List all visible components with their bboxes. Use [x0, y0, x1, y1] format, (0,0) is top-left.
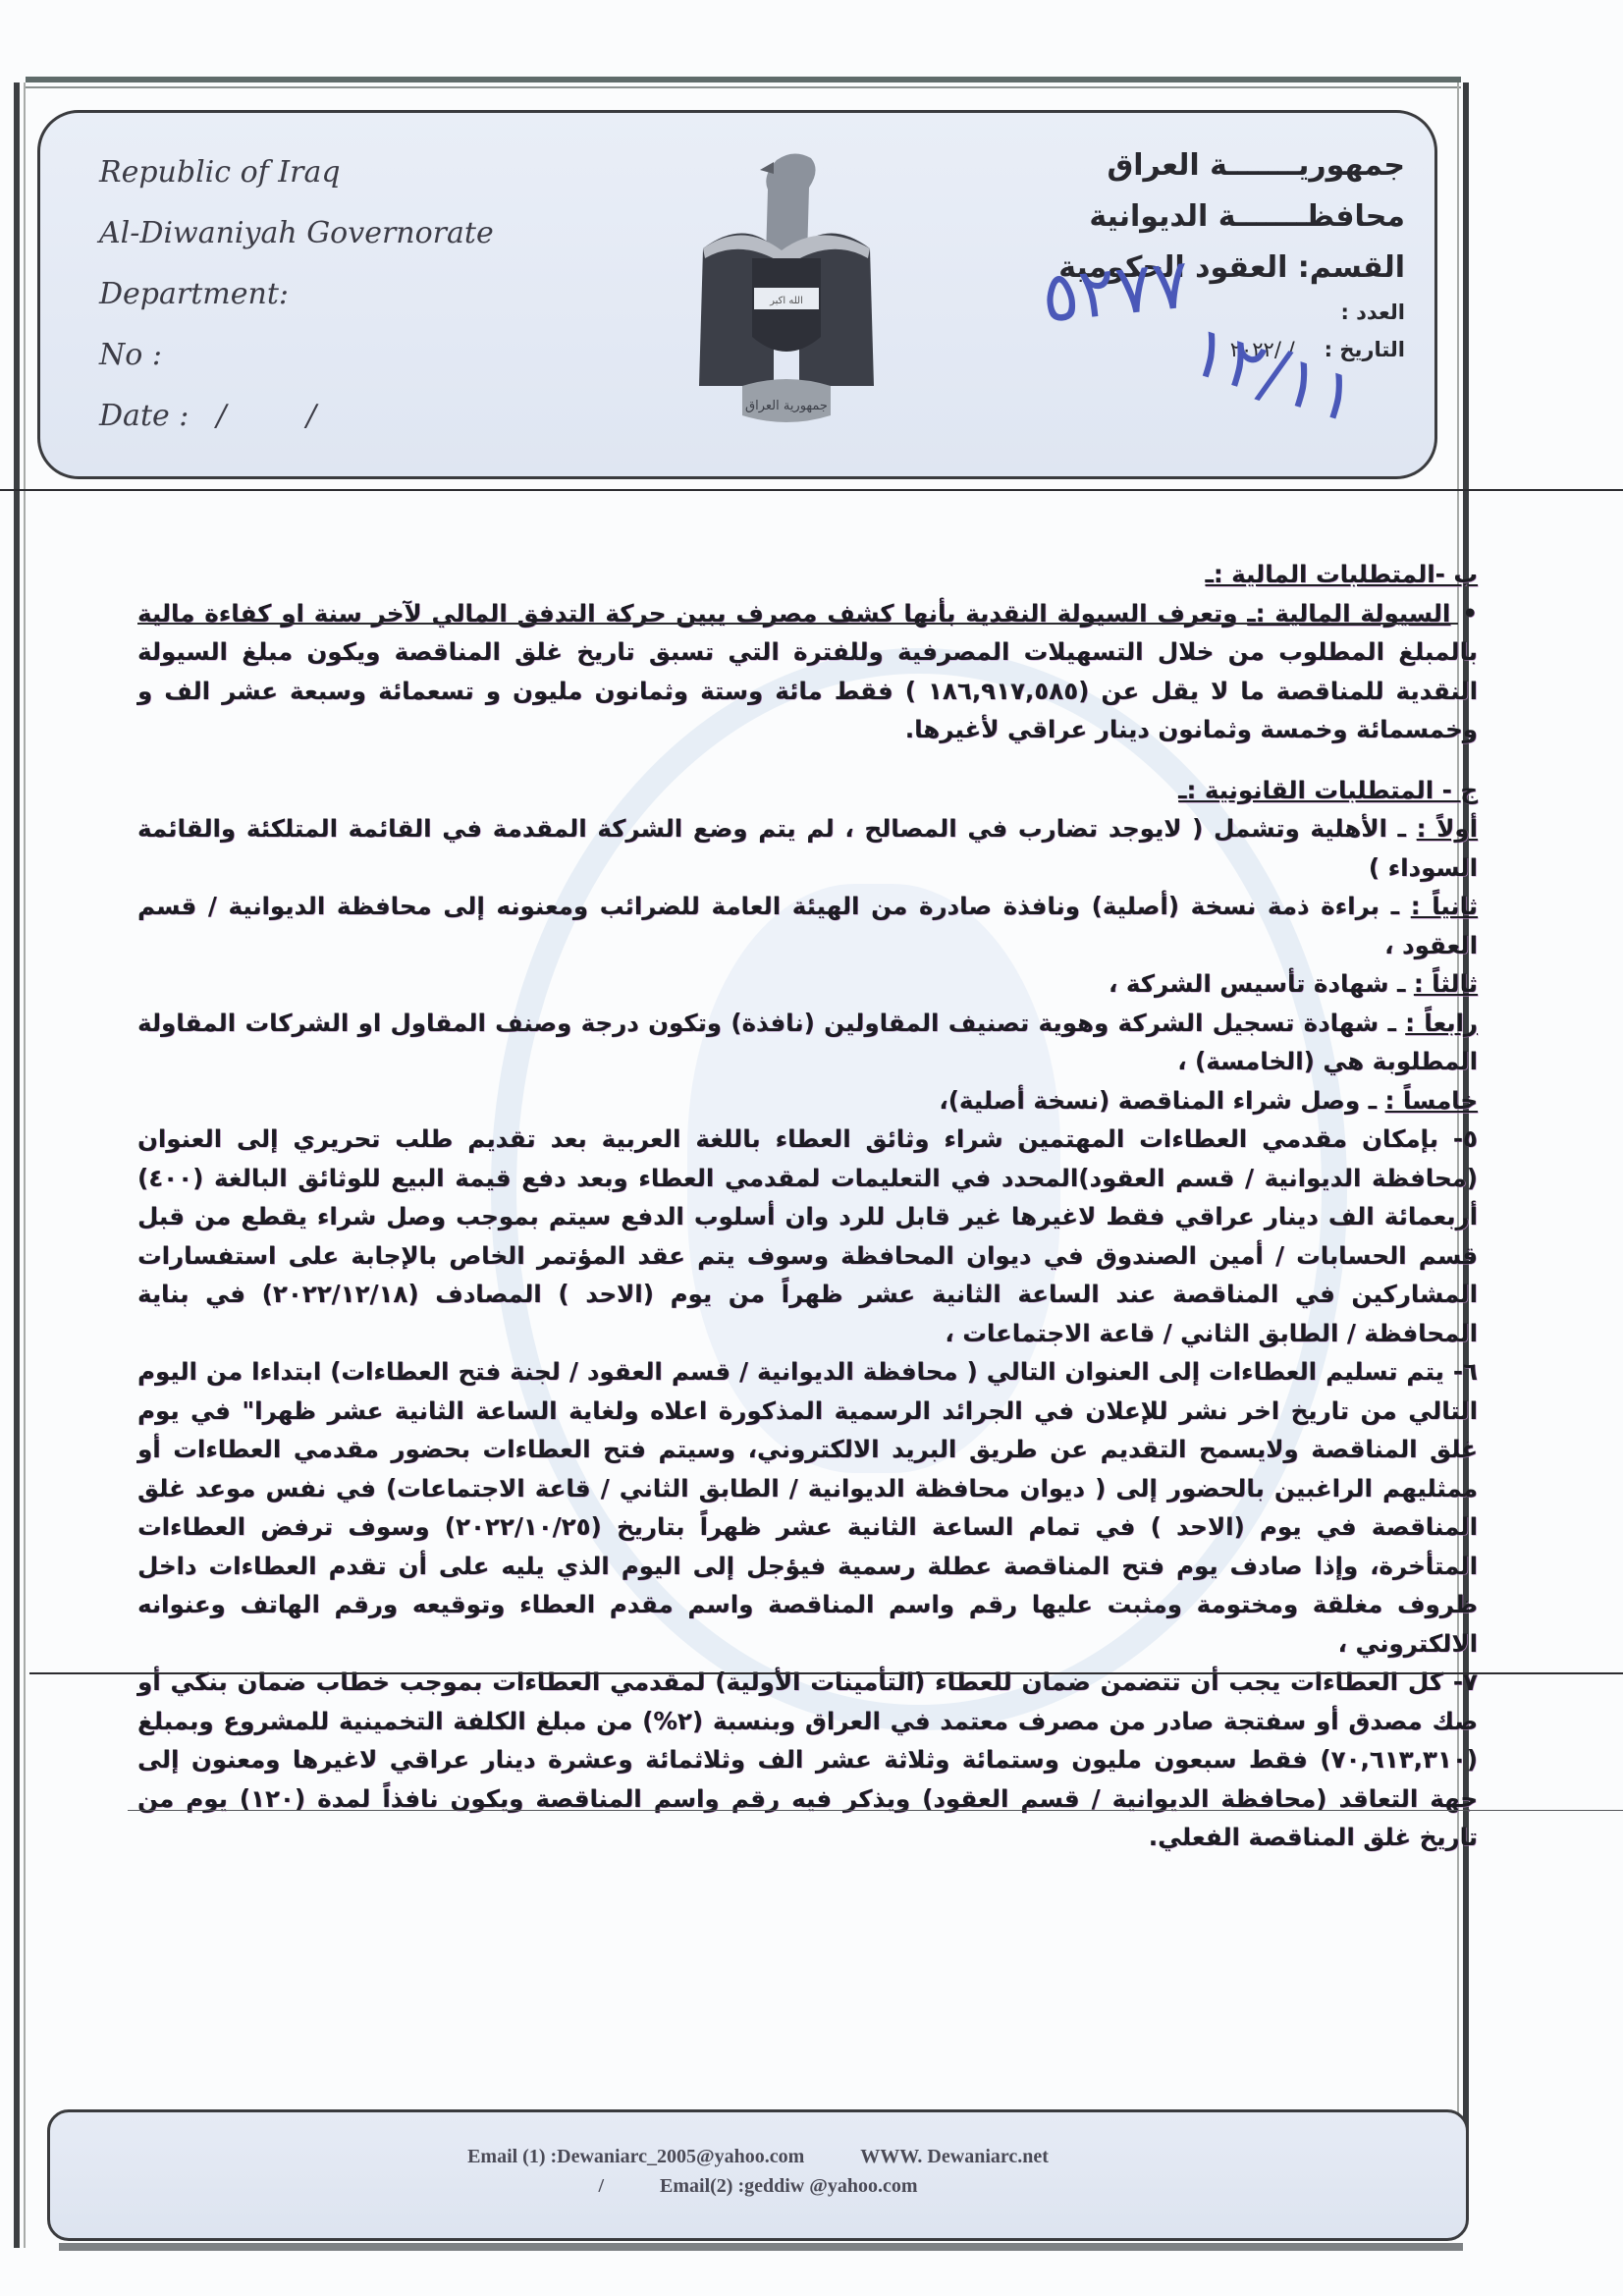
legal-item-5: خامساً : ـ وصل شراء المناقصة (نسخة أصلية…	[137, 1081, 1478, 1121]
legal-item-text: ـ الأهلية وتشمل ( لايوجد تضارب في المصال…	[137, 814, 1478, 882]
legal-item-text: ـ شهادة تأسيس الشركة ،	[1109, 969, 1405, 998]
letterhead-footer: Email (1) :Dewaniarc_2005@yahoo.com WWW.…	[47, 2109, 1469, 2241]
date-label-en: Date :	[99, 399, 189, 433]
clause-7: ٧- كل العطاءات يجب أن تتضمن ضمان للعطاء …	[137, 1663, 1478, 1857]
number-label-en: No :	[99, 325, 494, 386]
clause-text: كل العطاءات يجب أن تتضمن ضمان للعطاء (ال…	[137, 1667, 1478, 1851]
scan-line-1	[137, 623, 1458, 625]
coat-of-arms-icon: الله اكبر جمهورية العراق	[683, 140, 890, 435]
frame-border-left	[14, 82, 20, 2248]
scan-line-3	[128, 1810, 1623, 1811]
clause-6: ٦- يتم تسليم العطاءات إلى العنوان التالي…	[137, 1352, 1478, 1663]
clause-text: بإمكان مقدمي العطاءات المهتمين شراء وثائ…	[137, 1124, 1478, 1347]
legal-item-label: رابعاً :	[1405, 1009, 1478, 1037]
footer-contacts: Email (1) :Dewaniarc_2005@yahoo.com WWW.…	[50, 2142, 1466, 2201]
date-field-en: Date :/ /	[99, 386, 494, 447]
scan-line-2	[29, 1672, 1623, 1674]
legal-item-label: ثالثاً :	[1414, 969, 1478, 998]
svg-text:الله اكبر: الله اكبر	[769, 296, 803, 306]
legal-item-label: أولاً :	[1417, 814, 1478, 843]
footer-email-2: Email(2) :geddiw @yahoo.com	[660, 2175, 917, 2197]
footer-border-shadow	[59, 2243, 1463, 2251]
bullet-icon: •	[1462, 599, 1478, 628]
frame-border-top-inner	[26, 86, 1461, 88]
legal-item-text: ـ وصل شراء المناقصة (نسخة أصلية)،	[939, 1086, 1377, 1115]
country-name-ar: جمهوريـــــــة العراق	[1058, 140, 1405, 191]
handwritten-number: ٥٢٧٧	[1038, 243, 1193, 338]
governorate-name-en: Al-Diwaniyah Governorate	[99, 203, 494, 264]
legal-item-label: خامساً :	[1385, 1086, 1478, 1115]
footer-email-1: Email (1) :Dewaniarc_2005@yahoo.com	[467, 2146, 804, 2167]
svg-text:جمهورية العراق: جمهورية العراق	[745, 399, 828, 413]
governorate-name-ar: محافظـــــــة الديوانية	[1058, 191, 1405, 243]
footer-separator: /	[598, 2175, 604, 2197]
legal-requirements-heading: ج - المتطلبات القانونية :ـ	[137, 771, 1478, 810]
frame-border-top	[26, 77, 1461, 82]
financial-requirements-heading: ب -المتطلبات المالية :ـ	[137, 555, 1478, 594]
country-name-en: Republic of Iraq	[99, 142, 494, 203]
department-label-en: Department:	[99, 264, 494, 325]
letterhead-english: Republic of Iraq Al-Diwaniyah Governorat…	[99, 142, 494, 447]
header-separator-line	[0, 489, 1623, 491]
clause-text: يتم تسليم العطاءات إلى العنوان التالي ( …	[137, 1357, 1478, 1658]
clause-number: ٥-	[1453, 1124, 1478, 1153]
legal-item-3: ثالثاً : ـ شهادة تأسيس الشركة ،	[137, 964, 1478, 1004]
legal-item-text: ـ شهادة تسجيل الشركة وهوية تصنيف المقاول…	[137, 1009, 1478, 1076]
legal-item-2: ثانياً : ـ براءة ذمة نسخة (أصلية) ونافذة…	[137, 887, 1478, 964]
clause-5: ٥- بإمكان مقدمي العطاءات المهتمين شراء و…	[137, 1120, 1478, 1352]
footer-website: WWW. Dewaniarc.net	[860, 2146, 1049, 2167]
clause-number: ٦-	[1453, 1357, 1478, 1386]
document-body: ب -المتطلبات المالية :ـ •السيولة المالية…	[137, 555, 1478, 1857]
letterhead: Republic of Iraq Al-Diwaniyah Governorat…	[37, 110, 1437, 479]
liquidity-paragraph: •السيولة المالية :ـ وتعرف السيولة النقدي…	[137, 594, 1478, 749]
date-slashes-en: / /	[216, 399, 352, 433]
legal-item-1: أولاً : ـ الأهلية وتشمل ( لايوجد تضارب ف…	[137, 809, 1478, 887]
legal-item-label: ثانياً :	[1411, 892, 1478, 920]
legal-item-text: ـ براءة ذمة نسخة (أصلية) ونافذة صادرة من…	[137, 892, 1478, 959]
legal-item-4: رابعاً : ـ شهادة تسجيل الشركة وهوية تصني…	[137, 1004, 1478, 1081]
frame-border-left-inner	[24, 82, 26, 2248]
